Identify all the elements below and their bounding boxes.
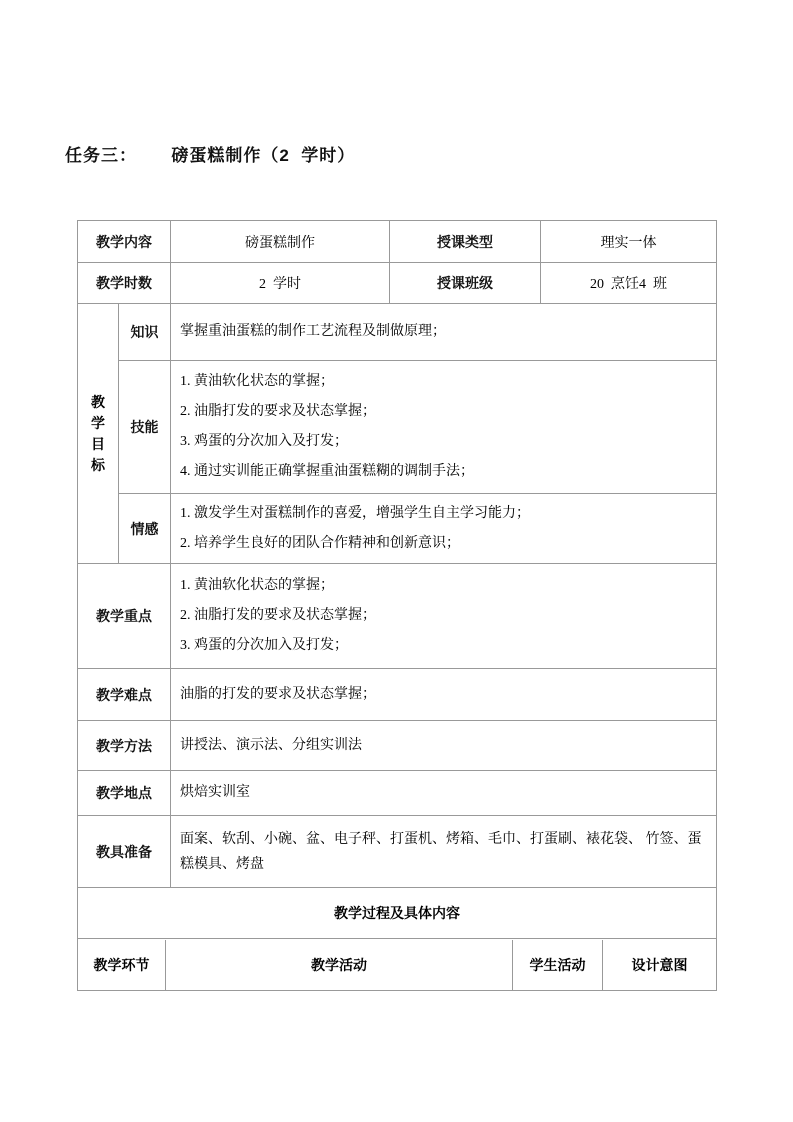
key-points-label: 教学重点: [78, 564, 171, 669]
location-label: 教学地点: [78, 771, 171, 816]
table-row: 教学过程及具体内容: [78, 888, 717, 939]
skill-item: 2. 油脂打发的要求及状态掌握；: [180, 397, 706, 427]
table-row: 教学内容 磅蛋糕制作 授课类型 理实一体: [78, 221, 717, 263]
process-section-header: 教学过程及具体内容: [78, 888, 717, 939]
knowledge-label: 知识: [119, 304, 171, 361]
equipment-content: 面案、软刮、小碗、盆、电子秤、打蛋机、烤箱、毛巾、打蛋刷、裱花袋、 竹签、蛋糕模…: [171, 816, 717, 888]
emotion-content: 1. 激发学生对蛋糕制作的喜爱，增强学生自主学习能力； 2. 培养学生良好的团队…: [171, 494, 717, 564]
key-point-item: 3. 鸡蛋的分次加入及打发；: [180, 631, 706, 661]
document-page: 任务三： 磅蛋糕制作（2 学时） 教学内容 磅蛋糕制作 授课类型 理实一体 教学…: [0, 0, 793, 1122]
table-row: 教学重点 1. 黄油软化状态的掌握； 2. 油脂打发的要求及状态掌握； 3. 鸡…: [78, 564, 717, 669]
skill-item: 3. 鸡蛋的分次加入及打发；: [180, 427, 706, 457]
method-content: 讲授法、演示法、分组实训法: [171, 721, 717, 771]
table-row: 教学难点 油脂的打发的要求及状态掌握；: [78, 669, 717, 721]
teaching-goals-header-cell: 教学目标: [78, 304, 119, 564]
skill-content: 1. 黄油软化状态的掌握； 2. 油脂打发的要求及状态掌握； 3. 鸡蛋的分次加…: [171, 361, 717, 494]
process-header-row: 教学环节 教学活动 学生活动 设计意图: [78, 940, 716, 990]
teaching-hours-label: 教学时数: [78, 263, 171, 304]
method-label: 教学方法: [78, 721, 171, 771]
class-value: 20 烹饪4 班: [541, 263, 717, 304]
key-point-item: 2. 油脂打发的要求及状态掌握；: [180, 601, 706, 631]
teaching-content-value: 磅蛋糕制作: [171, 221, 390, 263]
difficulty-label: 教学难点: [78, 669, 171, 721]
table-row: 教学环节 教学活动 学生活动 设计意图: [78, 939, 717, 991]
emotion-label: 情感: [119, 494, 171, 564]
table-row: 技能 1. 黄油软化状态的掌握； 2. 油脂打发的要求及状态掌握； 3. 鸡蛋的…: [78, 361, 717, 494]
vertical-text-wrap: 教学目标: [78, 392, 118, 476]
table-row: 教具准备 面案、软刮、小碗、盆、电子秤、打蛋机、烤箱、毛巾、打蛋刷、裱花袋、 竹…: [78, 816, 717, 888]
emotion-item: 1. 激发学生对蛋糕制作的喜爱，增强学生自主学习能力；: [180, 499, 706, 529]
skill-item: 4. 通过实训能正确掌握重油蛋糕糊的调制手法；: [180, 457, 706, 487]
page-title: 任务三： 磅蛋糕制作（2 学时）: [65, 141, 355, 166]
teaching-hours-value: 2 学时: [171, 263, 390, 304]
table-row: 教学方法 讲授法、演示法、分组实训法: [78, 721, 717, 771]
table-row: 情感 1. 激发学生对蛋糕制作的喜爱，增强学生自主学习能力； 2. 培养学生良好…: [78, 494, 717, 564]
class-label: 授课班级: [390, 263, 541, 304]
course-type-label: 授课类型: [390, 221, 541, 263]
key-point-item: 1. 黄油软化状态的掌握；: [180, 571, 706, 601]
skill-label: 技能: [119, 361, 171, 494]
teaching-goals-header: 教学目标: [90, 392, 106, 476]
difficulty-content: 油脂的打发的要求及状态掌握；: [171, 669, 717, 721]
process-col-design-intent: 设计意图: [603, 940, 716, 990]
knowledge-content: 掌握重油蛋糕的制作工艺流程及制做原理；: [171, 304, 717, 361]
lesson-plan-table: 教学内容 磅蛋糕制作 授课类型 理实一体 教学时数 2 学时 授课班级 20 烹…: [77, 220, 717, 991]
table-row: 教学地点 烘焙实训室: [78, 771, 717, 816]
process-col-step: 教学环节: [78, 940, 166, 990]
process-col-student-activity: 学生活动: [513, 940, 603, 990]
location-content: 烘焙实训室: [171, 771, 717, 816]
key-points-content: 1. 黄油软化状态的掌握； 2. 油脂打发的要求及状态掌握； 3. 鸡蛋的分次加…: [171, 564, 717, 669]
process-header-row-cell: 教学环节 教学活动 学生活动 设计意图: [78, 939, 717, 991]
teaching-content-label: 教学内容: [78, 221, 171, 263]
process-col-teacher-activity: 教学活动: [166, 940, 513, 990]
table-row: 教学时数 2 学时 授课班级 20 烹饪4 班: [78, 263, 717, 304]
table-row: 教学目标 知识 掌握重油蛋糕的制作工艺流程及制做原理；: [78, 304, 717, 361]
emotion-item: 2. 培养学生良好的团队合作精神和创新意识；: [180, 529, 706, 559]
course-type-value: 理实一体: [541, 221, 717, 263]
equipment-label: 教具准备: [78, 816, 171, 888]
skill-item: 1. 黄油软化状态的掌握；: [180, 367, 706, 397]
